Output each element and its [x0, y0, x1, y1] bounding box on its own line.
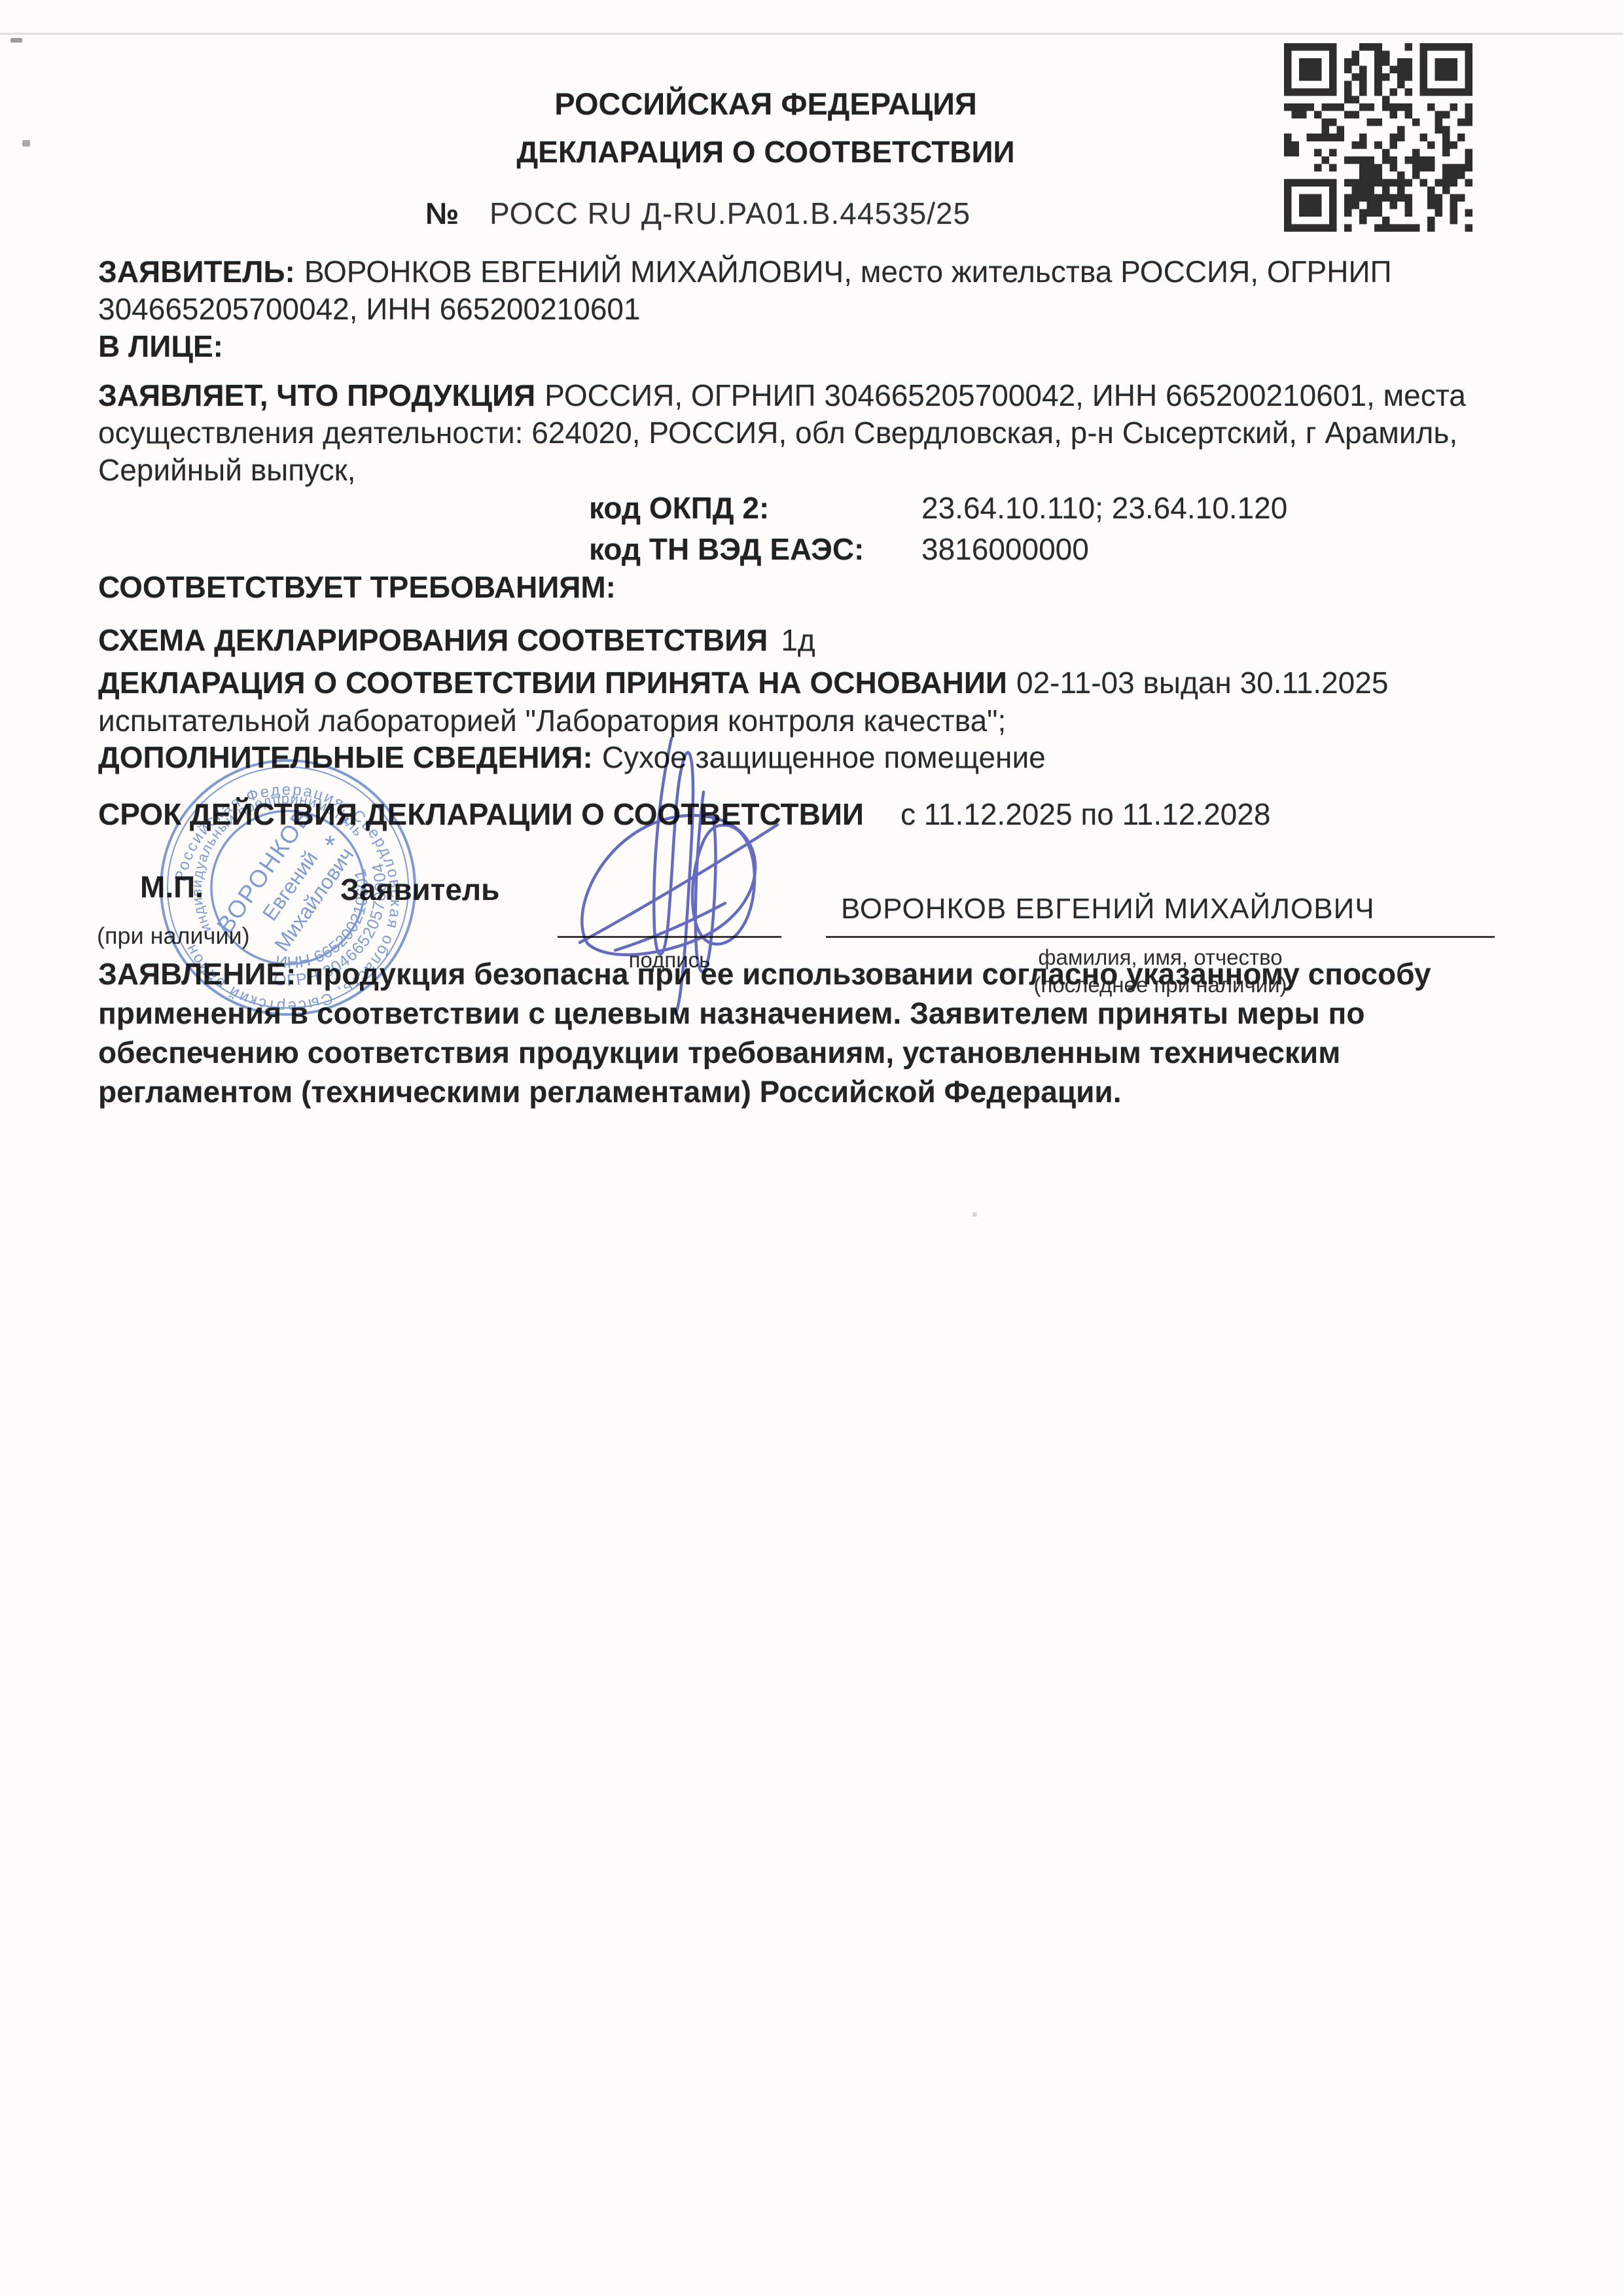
document-title: ДЕКЛАРАЦИЯ О СООТВЕТСТВИИ — [98, 134, 1433, 171]
okpd2-value: 23.64.10.110; 23.64.10.120 — [921, 490, 1287, 527]
tnved-label: код ТН ВЭД ЕАЭС: — [589, 531, 864, 568]
name-line — [826, 936, 1495, 938]
scan-speck — [22, 140, 30, 147]
declares-label: ЗАЯВЛЯЕТ, ЧТО ПРОДУКЦИЯ — [98, 378, 535, 412]
scan-speck — [10, 38, 22, 43]
okpd2-label: код ОКПД 2: — [589, 490, 769, 527]
meets-requirements-label: СООТВЕТСТВУЕТ ТРЕБОВАНИЯМ: — [98, 569, 616, 606]
signatory-name: ВОРОНКОВ ЕВГЕНИЙ МИХАЙЛОВИЧ — [841, 890, 1375, 927]
scanned-declaration-page: РОССИЙСКАЯ ФЕДЕРАЦИЯ ДЕКЛАРАЦИЯ О СООТВЕ… — [0, 0, 1623, 2296]
number-label: № — [425, 195, 459, 232]
validity-value: с 11.12.2025 по 11.12.2028 — [901, 797, 1270, 831]
basis-label: ДЕКЛАРАЦИЯ О СООТВЕТСТВИИ ПРИНЯТА НА ОСН… — [98, 666, 1007, 700]
declares-paragraph: ЗАЯВЛЯЕТ, ЧТО ПРОДУКЦИЯРОССИЯ, ОГРНИП 30… — [98, 377, 1512, 489]
scan-speck — [972, 1212, 977, 1217]
scheme-label: СХЕМА ДЕКЛАРИРОВАНИЯ СООТВЕТСТВИЯ — [98, 623, 768, 657]
scan-edge-artifact — [0, 33, 1623, 35]
stamp-svg: Российская Федерация, Свердловская облас… — [118, 717, 458, 1058]
number-value: РОСС RU Д-RU.РА01.В.44535/25 — [490, 195, 971, 232]
company-stamp: Российская Федерация, Свердловская облас… — [118, 717, 458, 1061]
country-title: РОССИЙСКАЯ ФЕДЕРАЦИЯ — [98, 85, 1433, 122]
signature-svg — [543, 707, 818, 1034]
handwritten-signature — [543, 707, 818, 1037]
stamp-star-1: * — [339, 809, 349, 840]
applicant-paragraph: ЗАЯВИТЕЛЬ:ВОРОНКОВ ЕВГЕНИЙ МИХАЙЛОВИЧ, м… — [98, 253, 1512, 328]
applicant-label: ЗАЯВИТЕЛЬ: — [98, 255, 295, 289]
in-person-label: В ЛИЦЕ: — [98, 328, 223, 365]
scheme-value: 1д — [781, 623, 815, 657]
tnved-value: 3816000000 — [921, 531, 1089, 568]
signature-strokes — [580, 738, 777, 1013]
scheme-row: СХЕМА ДЕКЛАРИРОВАНИЯ СООТВЕТСТВИЯ1д — [98, 622, 815, 659]
